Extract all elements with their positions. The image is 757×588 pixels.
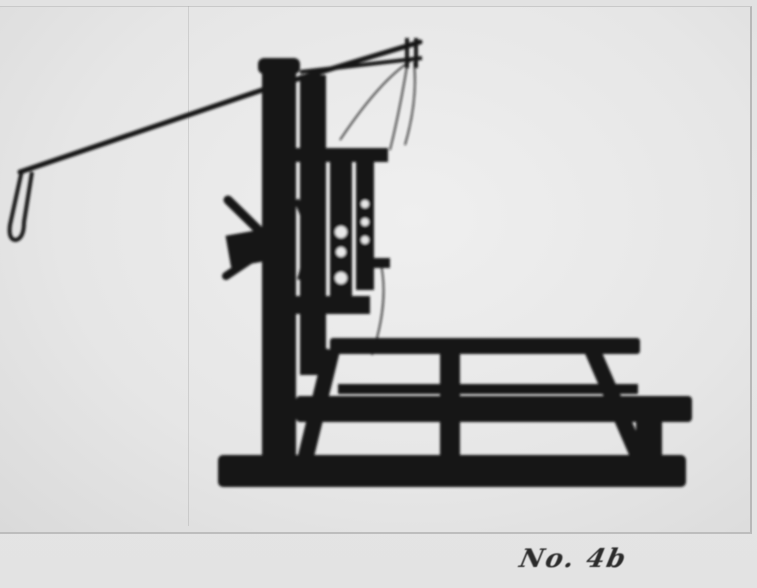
perforated-slats <box>330 160 374 300</box>
photo-mount-card: No. 4b <box>0 0 757 588</box>
wooden-apparatus-illustration <box>0 0 757 588</box>
handwritten-caption: No. 4b <box>517 544 630 574</box>
